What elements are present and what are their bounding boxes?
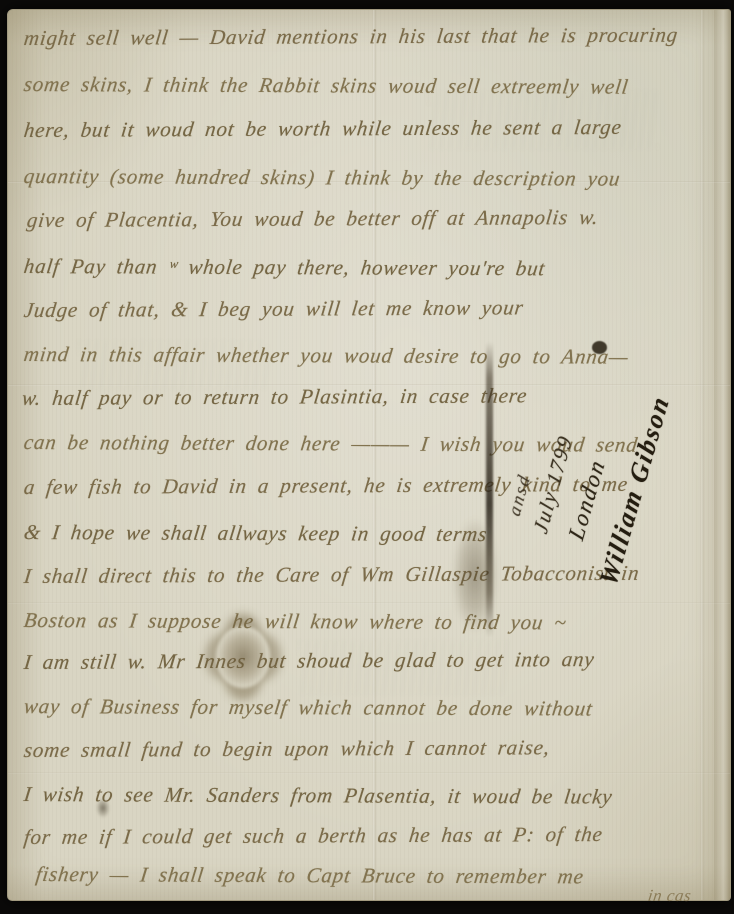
letter-line: for me if I could get such a berth as he… bbox=[23, 824, 604, 848]
letter-line: I wish to see Mr. Sanders from Plasentia… bbox=[23, 784, 614, 808]
letter-scan: might sell well — David mentions in his … bbox=[0, 0, 734, 914]
letter-line: some small fund to begin upon which I ca… bbox=[23, 737, 551, 761]
catchword: in cas bbox=[647, 886, 693, 906]
letter-line: can be nothing better done here ——— I wi… bbox=[23, 432, 639, 456]
letter-line: quantity (some hundred skins) I think by… bbox=[23, 166, 622, 190]
letter-line: here, but it woud not be worth while unl… bbox=[23, 117, 623, 141]
letter-line: I am still w. Mr Innes but shoud be glad… bbox=[23, 649, 596, 673]
letter-body: might sell well — David mentions in his … bbox=[0, 0, 734, 914]
letter-line: a few fish to David in a present, he is … bbox=[23, 474, 630, 498]
letter-line: Judge of that, & I beg you will let me k… bbox=[23, 297, 525, 321]
letter-line: fishery — I shall speak to Capt Bruce to… bbox=[35, 864, 585, 887]
letter-line: some skins, I think the Rabbit skins wou… bbox=[23, 74, 630, 98]
letter-line: give of Placentia, You woud be better of… bbox=[26, 207, 600, 231]
letter-line: way of Business for myself which cannot … bbox=[23, 696, 594, 719]
ink-dot bbox=[592, 341, 607, 354]
letter-line: half Pay than ʷ whole pay there, however… bbox=[23, 256, 547, 279]
letter-line: mind in this affair whether you woud des… bbox=[23, 344, 630, 368]
small-ink-blot bbox=[96, 798, 110, 818]
letter-line: & I hope we shall allways keep in good t… bbox=[23, 522, 489, 545]
letter-line: I shall direct this to the Care of Wm Gi… bbox=[23, 563, 641, 587]
letter-line: w. half pay or to return to Plasintia, i… bbox=[21, 385, 529, 409]
wax-seal-stain bbox=[216, 626, 270, 688]
letter-line: might sell well — David mentions in his … bbox=[23, 25, 680, 49]
ink-smudge bbox=[452, 518, 498, 633]
